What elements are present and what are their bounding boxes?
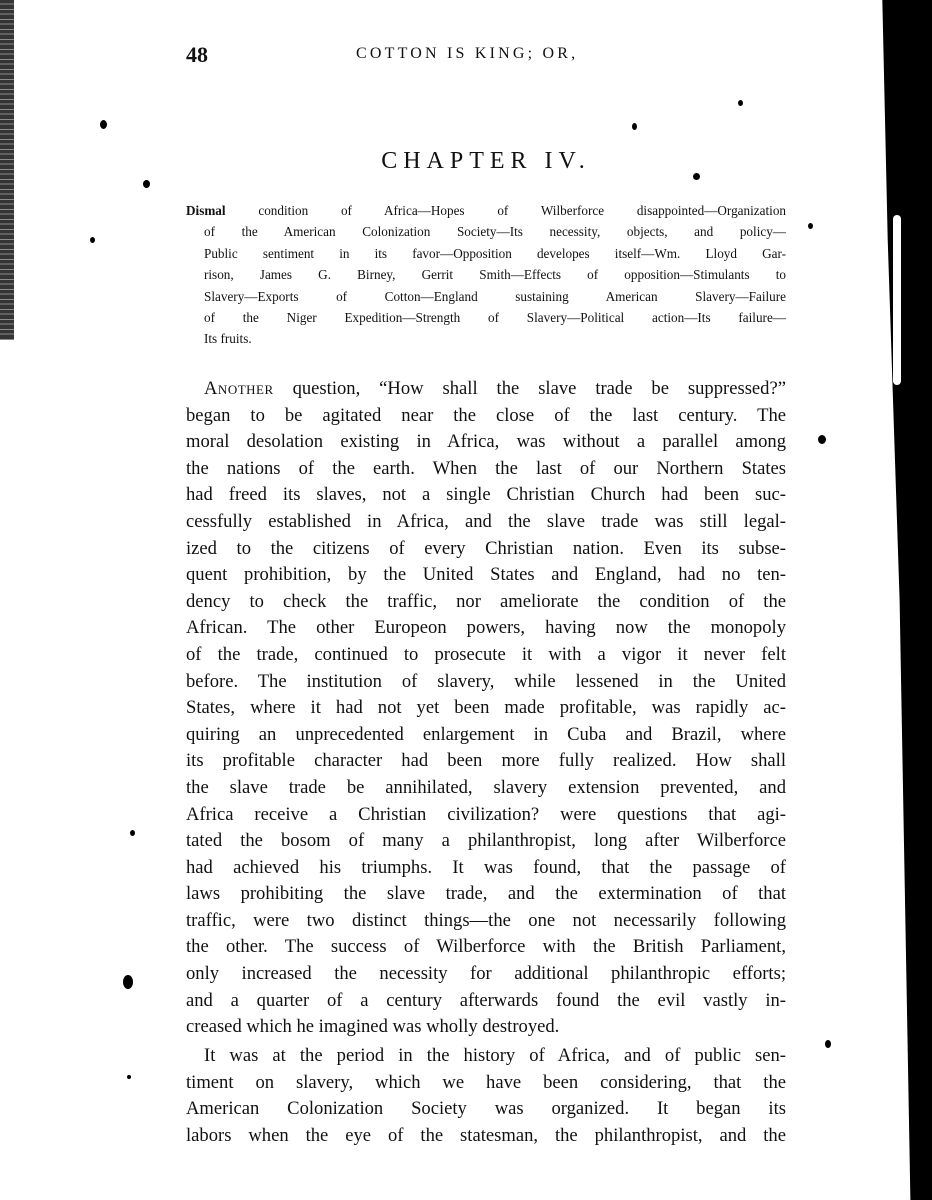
paragraph-line: moral desolation existing in Africa, was… [186, 429, 786, 456]
synopsis-line: Slavery—Exports of Cotton—England sustai… [186, 286, 786, 307]
scan-speck [130, 830, 135, 836]
paragraph-line: the slave trade be annihilated, slavery … [186, 775, 786, 802]
paragraph-line: American Colonization Society was organi… [186, 1096, 786, 1123]
synopsis-line: Dismal condition of Africa—Hopes of Wilb… [186, 200, 786, 221]
paragraph-line: quiring an unprecedented enlargement in … [186, 722, 786, 749]
paragraph-line: Africa receive a Christian civilization?… [186, 802, 786, 829]
synopsis-lead-word: Dismal [186, 203, 226, 218]
paragraph-line: timent on slavery, which we have been co… [186, 1070, 786, 1097]
page-edge-highlight [893, 215, 901, 385]
paragraph-line: It was at the period in the history of A… [186, 1043, 786, 1070]
chapter-synopsis: Dismal condition of Africa—Hopes of Wilb… [186, 200, 786, 350]
paragraph-line: ized to the citizens of every Christian … [186, 536, 786, 563]
running-title: COTTON IS KING; OR, [356, 45, 578, 63]
paragraph-text: question, “How shall the slave trade be … [274, 378, 786, 399]
paragraph-line: before. The institution of slavery, whil… [186, 669, 786, 696]
paragraph-lead-word: Another [204, 378, 274, 399]
paragraph-line: of the trade, continued to prosecute it … [186, 642, 786, 669]
synopsis-line: rison, James G. Birney, Gerrit Smith—Eff… [186, 264, 786, 285]
paragraph-line: African. The other Europeon powers, havi… [186, 615, 786, 642]
synopsis-line: Public sentiment in its favor—Opposition… [186, 243, 786, 264]
running-head: 48 COTTON IS KING; OR, [186, 42, 786, 72]
scanned-book-page: 48 COTTON IS KING; OR, CHAPTER IV. Disma… [0, 0, 932, 1200]
scan-speck [90, 237, 95, 243]
paragraph-line: had achieved his triumphs. It was found,… [186, 855, 786, 882]
paragraph-line: its profitable character had been more f… [186, 748, 786, 775]
synopsis-line: of the American Colonization Society—Its… [186, 221, 786, 242]
paragraph-line: labors when the eye of the statesman, th… [186, 1123, 786, 1150]
paragraph-line: laws prohibiting the slave trade, and th… [186, 881, 786, 908]
synopsis-text: condition of Africa—Hopes of Wilberforce… [258, 203, 786, 218]
paragraph-1: Another question, “How shall the slave t… [186, 376, 786, 1041]
paragraph-line: only increased the necessity for additio… [186, 961, 786, 988]
paragraph-line: the other. The success of Wilberforce wi… [186, 934, 786, 961]
scan-speck [123, 975, 133, 989]
page-number: 48 [186, 42, 208, 68]
scan-speck [818, 435, 826, 444]
scan-speck [100, 120, 107, 129]
paragraph-line: had freed its slaves, not a single Chris… [186, 482, 786, 509]
synopsis-line: Its fruits. [186, 328, 786, 349]
paragraph-line: States, where it had not yet been made p… [186, 695, 786, 722]
paragraph-line: the nations of the earth. When the last … [186, 456, 786, 483]
paragraph-line: cessfully established in Africa, and the… [186, 509, 786, 536]
synopsis-line: of the Niger Expedition—Strength of Slav… [186, 307, 786, 328]
paragraph-line: and a quarter of a century afterwards fo… [186, 988, 786, 1015]
chapter-title: CHAPTER IV. [186, 148, 786, 175]
scan-speck [808, 223, 813, 229]
paragraph-line: Another question, “How shall the slave t… [186, 376, 786, 403]
paragraph-line: quent prohibition, by the United States … [186, 562, 786, 589]
paragraph-line: creased which he imagined was wholly des… [186, 1014, 786, 1041]
scan-speck [127, 1075, 131, 1079]
paragraph-2: It was at the period in the history of A… [186, 1043, 786, 1149]
paragraph-line: tated the bosom of many a philanthropist… [186, 828, 786, 855]
scan-speck [825, 1040, 831, 1048]
paragraph-line: began to be agitated near the close of t… [186, 403, 786, 430]
scan-speck [143, 180, 150, 188]
paragraph-line: traffic, were two distinct things—the on… [186, 908, 786, 935]
page-binding-shadow-left [0, 0, 14, 340]
page-edge-shadow-right [878, 0, 932, 1200]
scan-speck [632, 123, 637, 130]
paragraph-line: dency to check the traffic, nor ameliora… [186, 589, 786, 616]
scan-speck [738, 100, 743, 106]
